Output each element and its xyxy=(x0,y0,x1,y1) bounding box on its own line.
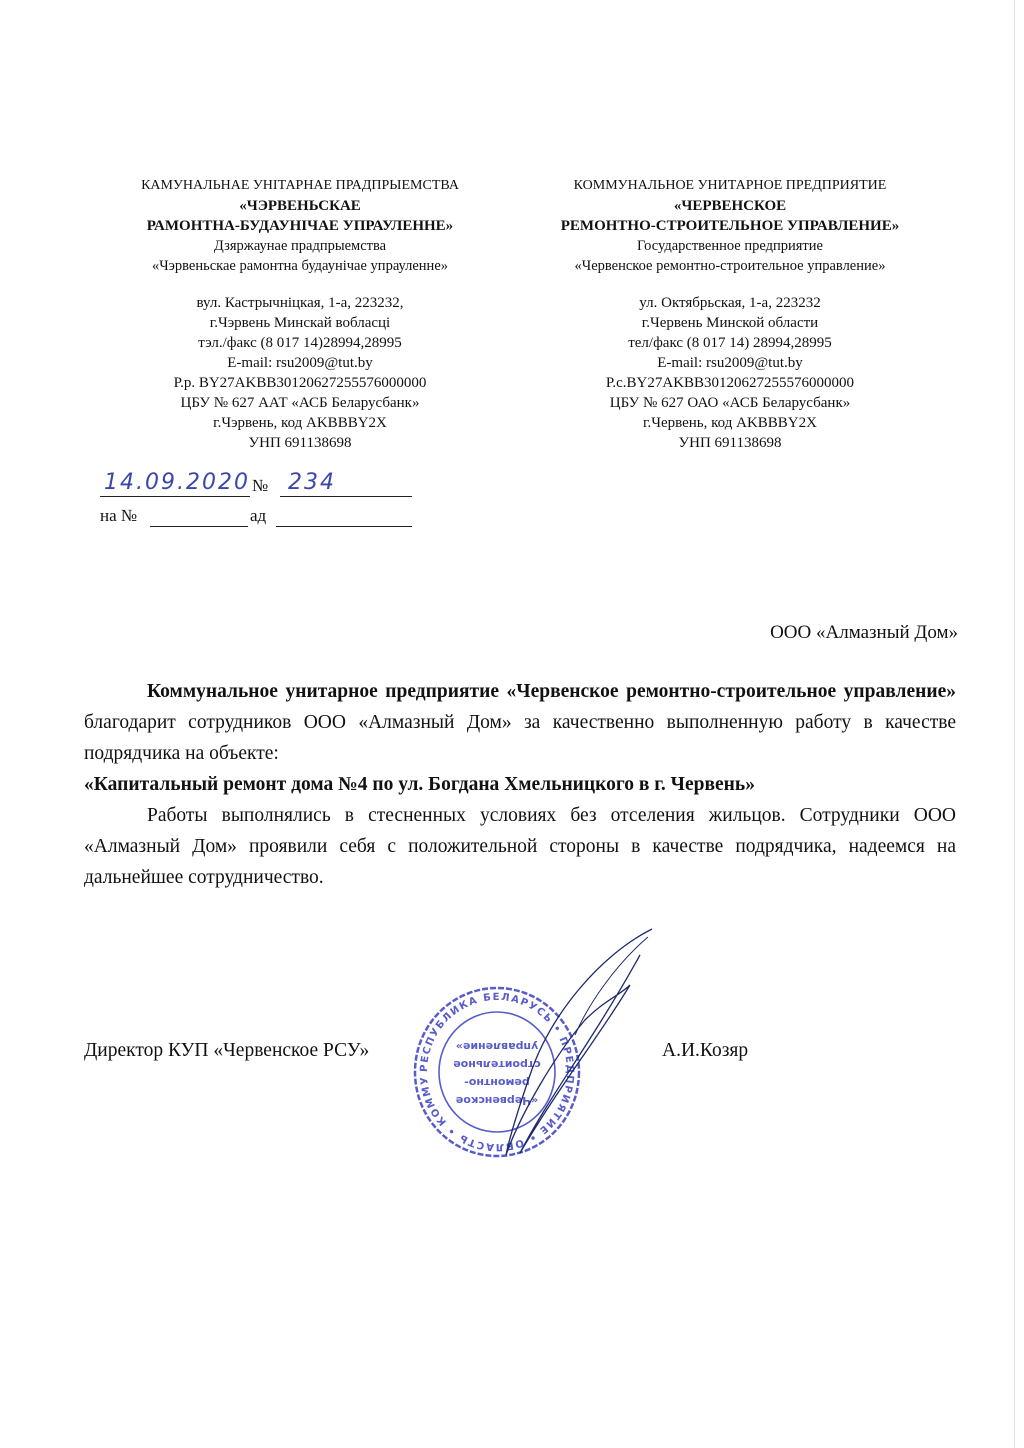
bank-account-line: Р.с.BY27AKBB30120627255576000000 xyxy=(520,373,940,393)
reply-row: на № ад xyxy=(100,502,420,532)
address-block: ул. Октябрьская, 1-а, 223232 г.Червень М… xyxy=(520,293,940,453)
paragraph-1: Коммунальное унитарное предприятие «Черв… xyxy=(84,676,956,800)
number-label: № xyxy=(252,476,268,496)
signer-title: Директор КУП «Червенское РСУ» xyxy=(84,1040,369,1062)
handwritten-number: 234 xyxy=(288,470,336,495)
phone-line: тэл./факс (8 017 14)28994,28995 xyxy=(90,333,510,353)
paragraph-2: Работы выполнялись в стесненных условиях… xyxy=(84,800,956,893)
handwritten-signature-icon xyxy=(480,925,655,1165)
reply-number-line xyxy=(150,502,248,527)
org-subtitle-line2: «Чэрвеньскае рамонтна будаунічае упрауле… xyxy=(90,256,510,276)
letter-body: Коммунальное унитарное предприятие «Черв… xyxy=(84,676,956,893)
letterhead-left: КАМУНАЛЬНАЕ УНІТАРНАЕ ПРАДПРЫЕМСТВА «ЧЭР… xyxy=(90,176,510,453)
org-subtitle-line2: «Червенское ремонтно-строительное управл… xyxy=(520,256,940,276)
address-block: вул. Кастрычніцкая, 1-а, 223232, г.Чэрве… xyxy=(90,293,510,453)
address-line: г.Червень Минской области xyxy=(520,313,940,333)
phone-line: тел/факс (8 017 14) 28994,28995 xyxy=(520,333,940,353)
bank-name-line: ЦБУ № 627 ААТ «АСБ Беларусбанк» xyxy=(90,393,510,413)
gratitude-text: благодарит сотрудников ООО «Алмазный Дом… xyxy=(84,712,956,764)
object-title: «Капитальный ремонт дома №4 по ул. Богда… xyxy=(84,769,956,800)
address-line: г.Чэрвень Минскай вобласці xyxy=(90,313,510,333)
tax-id-line: УНП 691138698 xyxy=(520,433,940,453)
address-line: ул. Октябрьская, 1-а, 223232 xyxy=(520,293,940,313)
bank-code-line: г.Чэрвень, код AKBBBY2X xyxy=(90,413,510,433)
reply-label: на № xyxy=(100,506,137,526)
email-line: E-mail: rsu2009@tut.by xyxy=(90,353,510,373)
org-name-line1: «ЧЕРВЕНСКОЕ xyxy=(520,196,940,216)
outgoing-row: 14.09.2020 № 234 xyxy=(100,472,420,502)
email-line: E-mail: rsu2009@tut.by xyxy=(520,353,940,373)
bank-code-line: г.Червень, код AKBBBY2X xyxy=(520,413,940,433)
registration-block: 14.09.2020 № 234 на № ад xyxy=(100,472,420,532)
org-type: КАМУНАЛЬНАЕ УНІТАРНАЕ ПРАДПРЫЕМСТВА xyxy=(90,176,510,196)
bank-account-line: Р.р. BY27AKBB30120627255576000000 xyxy=(90,373,510,393)
org-name-line2: РАМОНТНА-БУДАУНІЧАЕ УПРАУЛЕННЕ» xyxy=(90,216,510,236)
address-line: вул. Кастрычніцкая, 1-а, 223232, xyxy=(90,293,510,313)
bank-name-line: ЦБУ № 627 ОАО «АСБ Беларусбанк» xyxy=(520,393,940,413)
org-name-line2: РЕМОНТНО-СТРОИТЕЛЬНОЕ УПРАВЛЕНИЕ» xyxy=(520,216,940,236)
page-edge xyxy=(1014,0,1015,1448)
tax-id-line: УНП 691138698 xyxy=(90,433,510,453)
letterhead-right: КОММУНАЛЬНОЕ УНИТАРНОЕ ПРЕДПРИЯТИЕ «ЧЕРВ… xyxy=(520,176,940,453)
org-type: КОММУНАЛЬНОЕ УНИТАРНОЕ ПРЕДПРИЯТИЕ xyxy=(520,176,940,196)
org-name-bold: Коммунальное унитарное предприятие «Черв… xyxy=(147,681,956,702)
org-name-line1: «ЧЭРВЕНЬСКАЕ xyxy=(90,196,510,216)
from-label: ад xyxy=(250,506,266,526)
addressee: ООО «Алмазный Дом» xyxy=(770,622,958,644)
org-subtitle-line1: Дзяржаунае прадпрыемства xyxy=(90,236,510,256)
signer-name: А.И.Козяр xyxy=(662,1040,748,1062)
org-subtitle-line1: Государственное предприятие xyxy=(520,236,940,256)
reply-date-line xyxy=(276,502,412,527)
handwritten-date: 14.09.2020 xyxy=(104,470,250,495)
